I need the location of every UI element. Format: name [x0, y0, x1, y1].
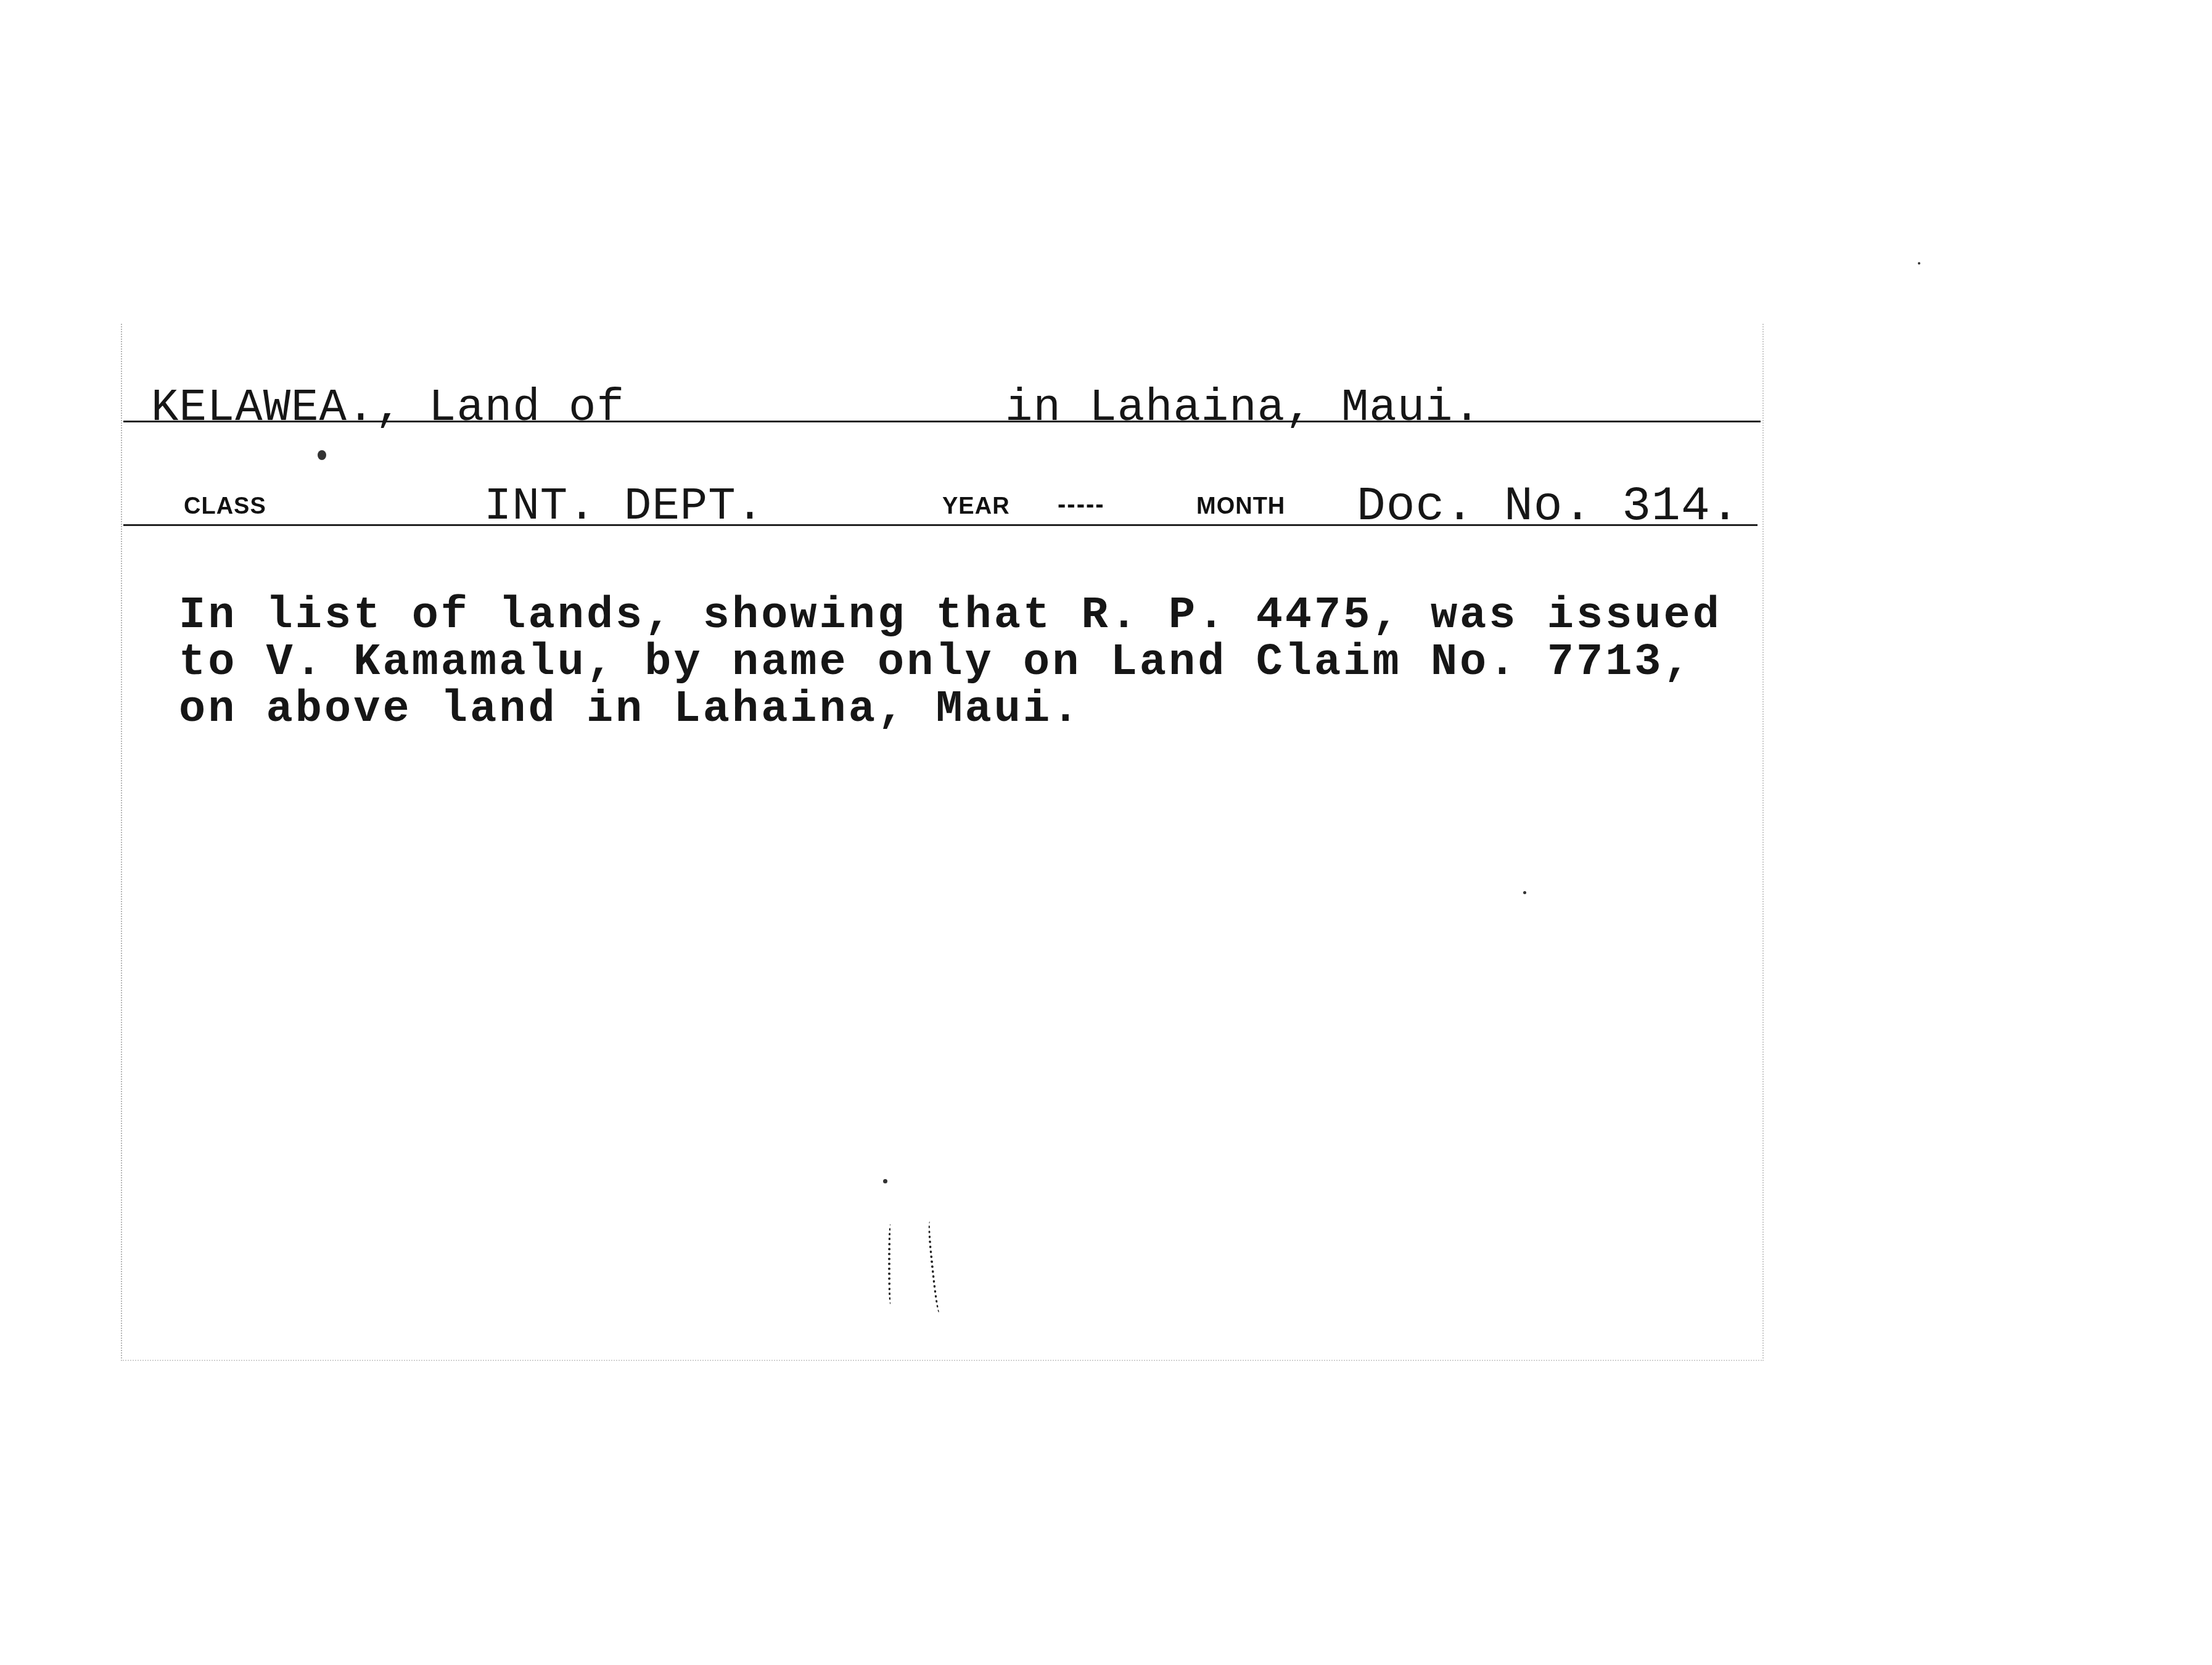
land-location: in Lahaina, Maui.	[1005, 382, 1481, 434]
ink-speck	[1918, 262, 1920, 265]
year-label: YEAR	[942, 493, 1010, 520]
ink-speck	[318, 450, 326, 460]
ink-speck	[883, 1179, 887, 1183]
body-line-2: to V. Kamamalu, by name only on Land Cla…	[179, 639, 1693, 686]
ink-speck	[1523, 891, 1526, 894]
doc-number: Doc. No. 314.	[1357, 480, 1740, 534]
land-of-label: Land of	[429, 382, 625, 434]
stray-mark	[888, 1224, 894, 1304]
year-month-fill: -----	[1058, 491, 1105, 519]
month-label: MONTH	[1196, 493, 1285, 520]
class-label: CLASS	[184, 493, 266, 520]
class-value: INT. DEPT.	[484, 481, 764, 533]
body-line-1: In list of lands, showing that R. P. 447…	[179, 592, 1722, 639]
body-line-3: on above land in Lahaina, Maui.	[179, 686, 1081, 733]
land-title: KELAWEA.,	[151, 382, 403, 434]
